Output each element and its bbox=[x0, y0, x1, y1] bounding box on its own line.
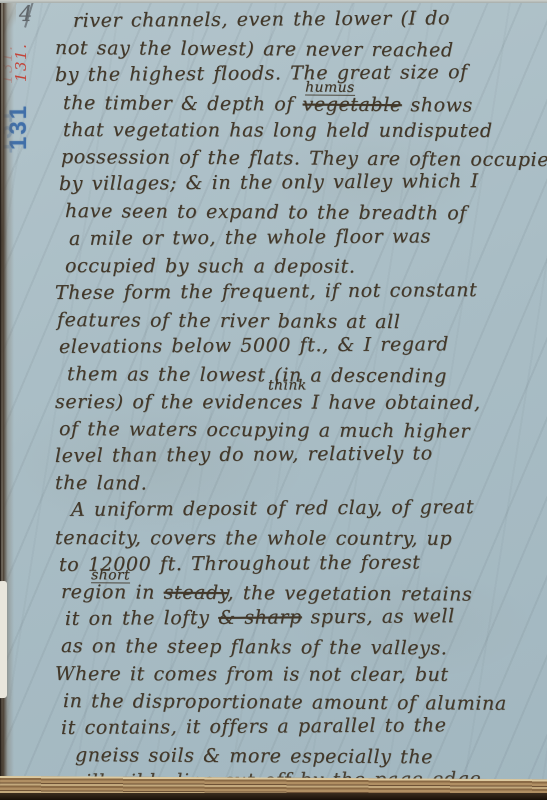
manuscript-line: the timber & depth of vegetable showshum… bbox=[55, 90, 543, 120]
text-segment: the timber & depth of bbox=[63, 92, 303, 115]
bottom-shadow bbox=[0, 793, 547, 800]
manuscript-page: 4 131. 131. 131 131 river channels, even… bbox=[0, 0, 547, 800]
underlying-page-sliver bbox=[0, 581, 7, 698]
struck-word: vegetable bbox=[302, 93, 401, 116]
photo-top-edge bbox=[0, 0, 547, 3]
text-segment: the land. bbox=[55, 472, 148, 495]
text-segment: by the highest floods. The great size of bbox=[55, 61, 468, 86]
manuscript-line: series) of the evidences I have obtained… bbox=[55, 389, 543, 417]
inserted-word: think bbox=[268, 378, 307, 392]
blue-stamp: 131 bbox=[7, 86, 31, 150]
text-segment: tenacity, covers the whole country, up bbox=[55, 527, 452, 550]
text-segment: Where it comes from is not clear, but bbox=[55, 663, 449, 686]
pencil-mark: 4 bbox=[19, 3, 32, 25]
text-segment: A uniform deposit of red clay, of great bbox=[71, 496, 474, 521]
text-segment: of the waters occupying a much higher bbox=[59, 418, 470, 443]
text-segment: level than they do now, relatively to bbox=[55, 442, 433, 467]
manuscript-line: river channels, even the lower (I do bbox=[55, 5, 543, 36]
manuscript-line: Where it comes from is not clear, but bbox=[55, 661, 543, 689]
inserted-word: humus bbox=[305, 80, 355, 95]
text-segment: series) of the evidences I have obtained… bbox=[55, 391, 481, 414]
manuscript-line: A uniform deposit of red clay, of great bbox=[55, 494, 543, 525]
text-segment: river channels, even the lower (I do bbox=[73, 7, 450, 32]
inserted-word: short bbox=[91, 568, 130, 583]
text-segment: elevations below 5000 ft., & I regard bbox=[59, 333, 449, 358]
text-segment: shows bbox=[402, 94, 473, 116]
text-segment: it contains, it offers a parallel to the bbox=[61, 714, 447, 739]
text-segment: occupied by such a deposit. bbox=[65, 255, 356, 278]
manuscript-line: These form the frequent, if not constant bbox=[55, 276, 543, 307]
struck-word: & sharp bbox=[218, 606, 302, 629]
manuscript-text: river channels, even the lower (I donot … bbox=[55, 8, 543, 782]
text-segment: by villages; & in the only valley which … bbox=[59, 170, 479, 195]
manuscript-line: elevations below 5000 ft., & I regard bbox=[55, 331, 543, 362]
text-segment: features of the river banks at all bbox=[57, 309, 401, 333]
text-segment: , the vegetation retains bbox=[228, 582, 473, 605]
text-segment: spurs, as well bbox=[302, 605, 455, 628]
text-segment: region in bbox=[61, 581, 164, 604]
manuscript-line: as on the steep flanks of the valleys. bbox=[55, 633, 543, 663]
text-segment: them as the lowest (in a descending bbox=[67, 364, 447, 388]
manuscript-line: level than they do now, relatively to bbox=[55, 440, 543, 471]
text-segment: a mile or two, the whole floor was bbox=[69, 225, 431, 250]
struck-word: steady bbox=[164, 582, 228, 604]
text-segment: These form the frequent, if not constant bbox=[55, 279, 477, 304]
text-segment: in the disproportionate amount of alumin… bbox=[63, 690, 507, 715]
manuscript-line: it on the lofty & sharp spurs, as well bbox=[55, 603, 543, 634]
manuscript-line: it contains, it offers a parallel to the bbox=[55, 711, 543, 742]
manuscript-line: that vegetation has long held undisputed bbox=[55, 117, 543, 145]
text-segment: have seen to expand to the breadth of bbox=[65, 200, 467, 224]
text-segment: that vegetation has long held undisputed bbox=[63, 119, 493, 142]
manuscript-line: by villages; & in the only valley which … bbox=[55, 168, 543, 199]
text-segment: not say the lowest) are never reached bbox=[55, 37, 454, 61]
text-segment: as on the steep flanks of the valleys. bbox=[61, 635, 448, 659]
text-segment: it on the lofty bbox=[65, 607, 218, 630]
manuscript-line: a mile or two, the whole floor was bbox=[55, 222, 543, 253]
manuscript-line: by the highest floods. The great size of bbox=[55, 59, 543, 90]
text-segment: gneiss soils & more especially the bbox=[75, 744, 433, 768]
